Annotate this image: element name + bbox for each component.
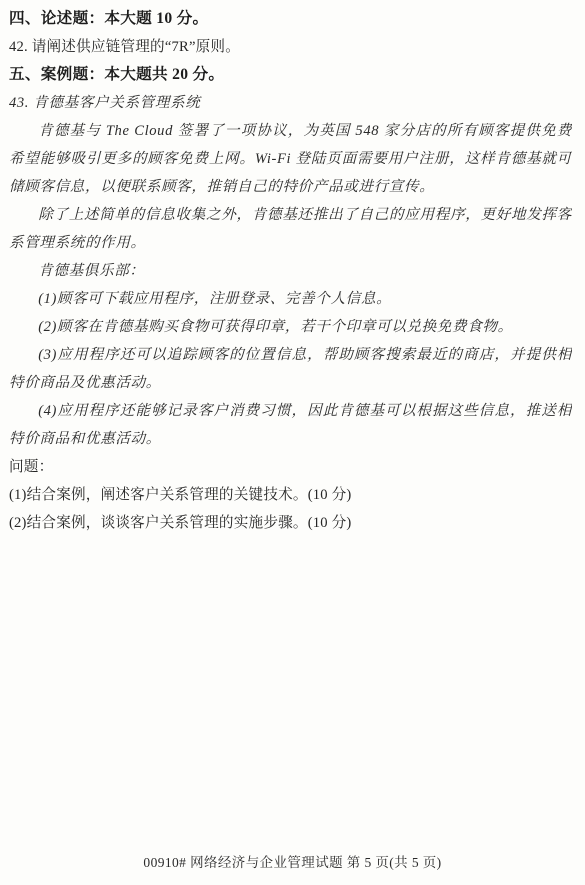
sub-question-2: (2)结合案例，谈谈客户关系管理的实施步骤。(10 分): [9, 509, 572, 537]
exam-paper-page: 四、论述题：本大题 10 分。 42. 请阐述供应链管理的“7R”原则。 五、案…: [0, 0, 585, 885]
case-club-label: 肯德基俱乐部：: [9, 257, 572, 285]
case-list-item-3: (3)应用程序还可以追踪顾客的位置信息，帮助顾客搜索最近的商店，并提供相应的: [9, 341, 572, 369]
case-list-item-4-cont: 特价商品和优惠活动。: [9, 425, 572, 453]
exam-body: 四、论述题：本大题 10 分。 42. 请阐述供应链管理的“7R”原则。 五、案…: [9, 5, 572, 537]
case-text-line: 肯德基与 The Cloud 签署了一项协议，为英国 548 家分店的所有顾客提…: [9, 117, 572, 145]
sub-question-1: (1)结合案例，阐述客户关系管理的关键技术。(10 分): [9, 481, 572, 509]
case-list-item-3-cont: 特价商品及优惠活动。: [9, 369, 572, 397]
case-text-line: 除了上述简单的信息收集之外，肯德基还推出了自己的应用程序，更好地发挥客户关: [9, 201, 572, 229]
question-43-title: 43. 肯德基客户关系管理系统: [9, 89, 572, 117]
questions-label: 问题：: [9, 453, 572, 481]
case-text-line: 系管理系统的作用。: [9, 229, 572, 257]
case-text-line: 希望能够吸引更多的顾客免费上网。Wi-Fi 登陆页面需要用户注册，这样肯德基就可…: [9, 145, 572, 173]
case-text-line: 储顾客信息，以便联系顾客，推销自己的特价产品或进行宣传。: [9, 173, 572, 201]
section-heading-essay: 四、论述题：本大题 10 分。: [9, 5, 572, 33]
case-list-item-2: (2)顾客在肯德基购买食物可获得印章，若干个印章可以兑换免费食物。: [9, 313, 572, 341]
question-42: 42. 请阐述供应链管理的“7R”原则。: [9, 33, 572, 61]
case-list-item-4: (4)应用程序还能够记录客户消费习惯，因此肯德基可以根据这些信息，推送相应的: [9, 397, 572, 425]
page-footer: 00910# 网络经济与企业管理试题 第 5 页(共 5 页): [0, 851, 585, 871]
case-list-item-1: (1)顾客可下载应用程序，注册登录、完善个人信息。: [9, 285, 572, 313]
section-heading-case: 五、案例题：本大题共 20 分。: [9, 61, 572, 89]
